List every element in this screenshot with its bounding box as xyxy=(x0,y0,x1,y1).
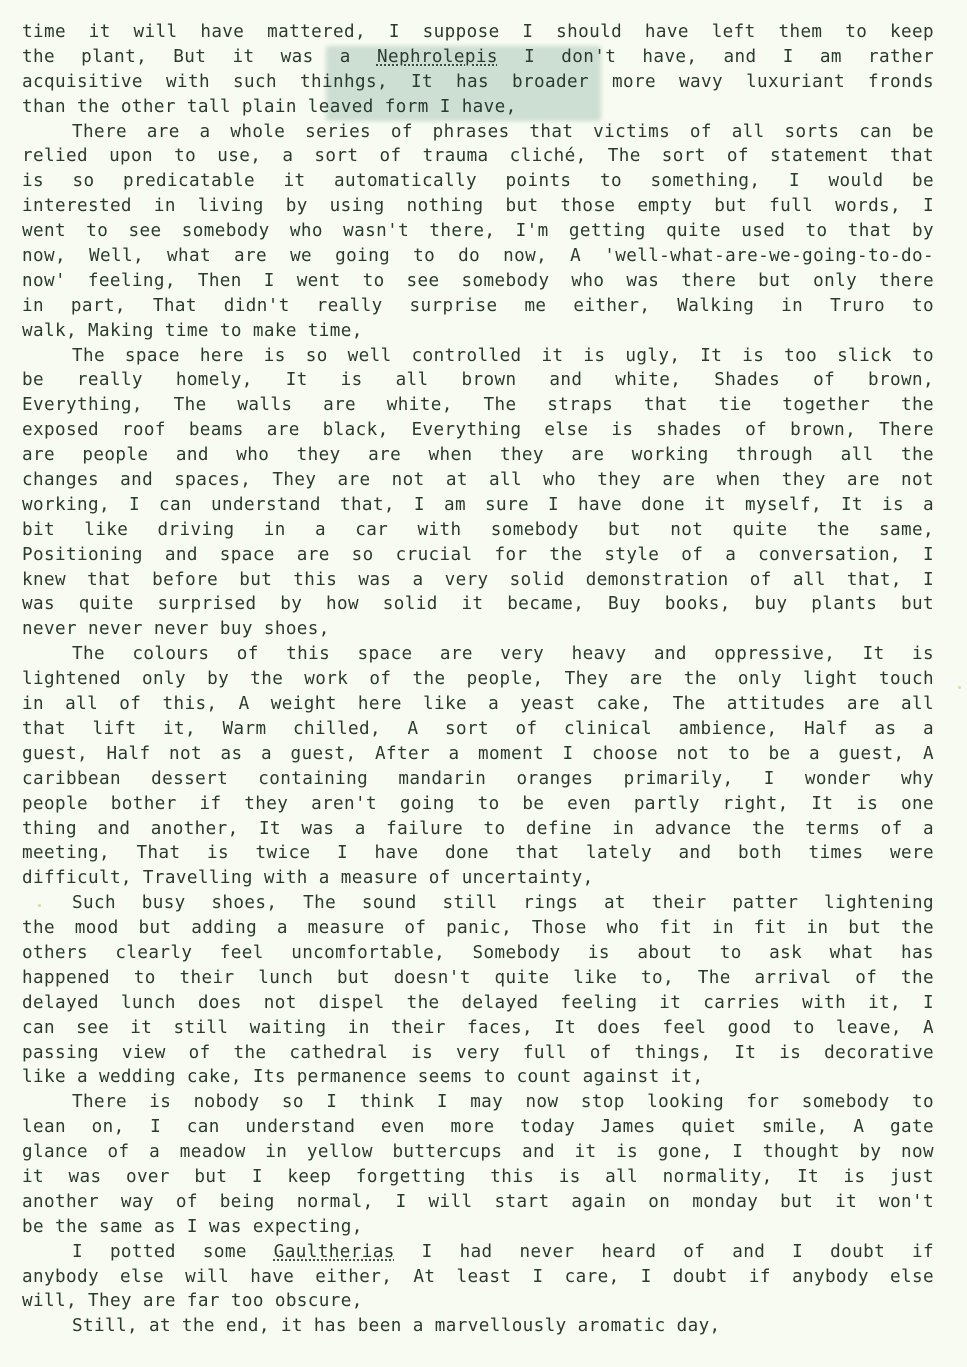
text-line: the mood but adding a measure of panic, … xyxy=(22,916,934,941)
underlined-plant-name: Gaultherias xyxy=(274,1242,395,1262)
text-line: The space here is so well controlled it … xyxy=(22,344,934,369)
text-line: Still, at the end, it has been a marvell… xyxy=(22,1314,934,1339)
text-line: relied upon to use, a sort of trauma cli… xyxy=(22,144,934,169)
text-line: thing and another, It was a failure to d… xyxy=(22,817,934,842)
text-line: never never never buy shoes, xyxy=(22,617,934,642)
text-line: passing view of the cathedral is very fu… xyxy=(22,1041,934,1066)
text-line: The colours of this space are very heavy… xyxy=(22,642,934,667)
text-line: caribbean dessert containing mandarin or… xyxy=(22,767,934,792)
text-line: be really homely, It is all brown and wh… xyxy=(22,368,934,393)
text-line: is so predicatable it automatically poin… xyxy=(22,169,934,194)
text-line: delayed lunch does not dispel the delaye… xyxy=(22,991,934,1016)
paragraph: The colours of this space are very heavy… xyxy=(22,642,934,891)
paper-speck xyxy=(38,904,41,907)
text-line: exposed roof beams are black, Everything… xyxy=(22,418,934,443)
text-line: I potted some Gaultherias I had never he… xyxy=(22,1240,934,1265)
text-line: was quite surprised by how solid it beca… xyxy=(22,592,934,617)
paper-speck xyxy=(958,686,961,689)
text-line: the plant, But it was a Nephrolepis I do… xyxy=(22,45,934,70)
underlined-plant-name: Nephrolepis xyxy=(377,47,498,67)
paragraph: Such busy shoes, The sound still rings a… xyxy=(22,891,934,1090)
paragraph: There is nobody so I think I may now sto… xyxy=(22,1090,934,1239)
text-line: in all of this, A weight here like a yea… xyxy=(22,692,934,717)
text-line: working, I can understand that, I am sur… xyxy=(22,493,934,518)
text-line: it was over but I keep forgetting this i… xyxy=(22,1165,934,1190)
text-line: be the same as I was expecting, xyxy=(22,1215,934,1240)
text-line: difficult, Travelling with a measure of … xyxy=(22,866,934,891)
paragraph: Still, at the end, it has been a marvell… xyxy=(22,1314,934,1339)
paragraph: time it will have mattered, I suppose I … xyxy=(22,20,934,120)
text-line: meeting, That is twice I have done that … xyxy=(22,841,934,866)
text-line: Positioning and space are so crucial for… xyxy=(22,543,934,568)
text-line: glance of a meadow in yellow buttercups … xyxy=(22,1140,934,1165)
text-line: time it will have mattered, I suppose I … xyxy=(22,20,934,45)
text-line: interested in living by using nothing bu… xyxy=(22,194,934,219)
text-line: lightened only by the work of the people… xyxy=(22,667,934,692)
paragraph: I potted some Gaultherias I had never he… xyxy=(22,1240,934,1315)
text-line: acquisitive with such thinhgs, It has br… xyxy=(22,70,934,95)
text-line: guest, Half not as a guest, After a mome… xyxy=(22,742,934,767)
document-page: time it will have mattered, I suppose I … xyxy=(0,0,967,1367)
paragraph: There are a whole series of phrases that… xyxy=(22,120,934,344)
text-line: in part, That didn't really surprise me … xyxy=(22,294,934,319)
text-line: lean on, I can understand even more toda… xyxy=(22,1115,934,1140)
text-line: went to see somebody who wasn't there, I… xyxy=(22,219,934,244)
text-line: now, Well, what are we going to do now, … xyxy=(22,244,934,269)
text-line: bit like driving in a car with somebody … xyxy=(22,518,934,543)
text-line: anybody else will have either, At least … xyxy=(22,1265,934,1290)
text-line: like a wedding cake, Its permanence seem… xyxy=(22,1065,934,1090)
text-line: There is nobody so I think I may now sto… xyxy=(22,1090,934,1115)
text-line: happened to their lunch but doesn't quit… xyxy=(22,966,934,991)
text-line: There are a whole series of phrases that… xyxy=(22,120,934,145)
document-body: time it will have mattered, I suppose I … xyxy=(22,20,934,1339)
text-line: knew that before but this was a very sol… xyxy=(22,568,934,593)
text-line: Everything, The walls are white, The str… xyxy=(22,393,934,418)
text-line: another way of being normal, I will star… xyxy=(22,1190,934,1215)
text-line: changes and spaces, They are not at all … xyxy=(22,468,934,493)
paragraph: The space here is so well controlled it … xyxy=(22,344,934,643)
text-line: that lift it, Warm chilled, A sort of cl… xyxy=(22,717,934,742)
text-line: now' feeling, Then I went to see somebod… xyxy=(22,269,934,294)
text-line: walk, Making time to make time, xyxy=(22,319,934,344)
text-line: will, They are far too obscure, xyxy=(22,1289,934,1314)
text-line: are people and who they are when they ar… xyxy=(22,443,934,468)
text-line: Such busy shoes, The sound still rings a… xyxy=(22,891,934,916)
text-line: than the other tall plain leaved form I … xyxy=(22,95,934,120)
text-line: others clearly feel uncomfortable, Someb… xyxy=(22,941,934,966)
text-line: people bother if they aren't going to be… xyxy=(22,792,934,817)
text-line: can see it still waiting in their faces,… xyxy=(22,1016,934,1041)
